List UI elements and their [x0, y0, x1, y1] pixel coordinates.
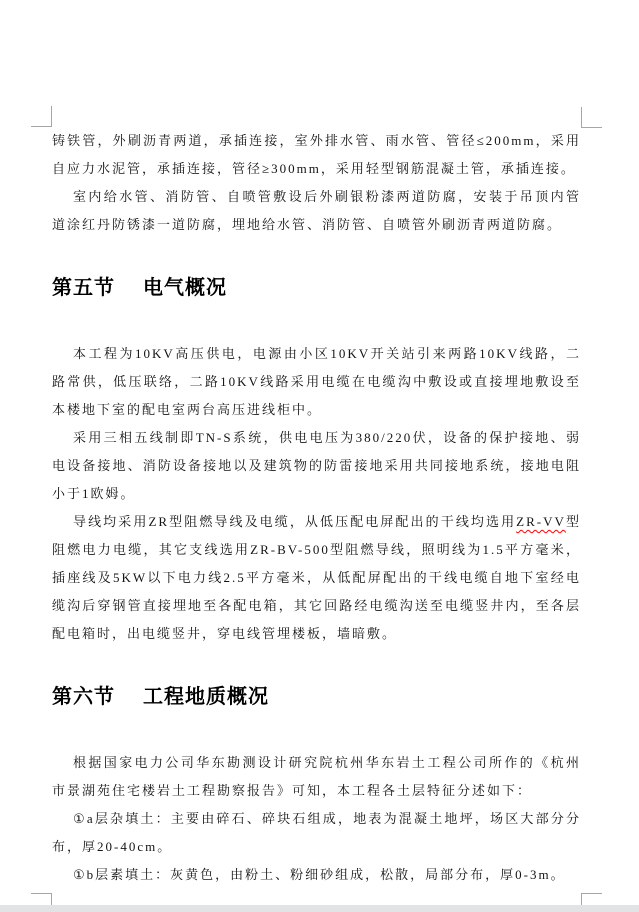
wiring-text-after: 型阻燃电力电缆，其它支线选用ZR-BV-500型阻燃导线，照明线为1.5平方毫米…: [52, 514, 581, 641]
section6-number: 第六节: [52, 686, 115, 708]
paragraph-grounding-system[interactable]: 采用三相五线制即TN-S系统，供电电压为380/220伏，设备的保护接地、弱电设…: [52, 424, 581, 508]
paragraph-indoor-pipes-anticorrosion[interactable]: 室内给水管、消防管、自喷管敷设后外刷银粉漆两道防腐，安装于吊顶内管道涂红丹防锈漆…: [52, 183, 581, 239]
section6-title: 工程地质概况: [143, 686, 269, 708]
wiring-text-before: 导线均采用ZR型阻燃导线及电缆，从低压配电屏配出的干线均选用: [73, 514, 516, 529]
spellcheck-flagged-text: ZR-VV: [516, 514, 566, 529]
word-document-page: 铸铁管，外刷沥青两道，承插连接，室外排水管、雨水管、管径≤200mm，采用自应力…: [0, 0, 639, 912]
margin-mark-top-left: [31, 106, 52, 127]
window-bottom-strip: [0, 905, 639, 912]
paragraph-survey-report[interactable]: 根据国家电力公司华东勘测设计研究院杭州华东岩土工程公司所作的《杭州市景湖苑住宅楼…: [52, 749, 581, 805]
paragraph-soil-layer-1b[interactable]: ①b层素填土：灰黄色，由粉土、粉细砂组成，松散，局部分布，厚0-3m。: [52, 861, 581, 889]
section5-heading[interactable]: 第五节电气概况: [52, 275, 581, 301]
margin-mark-top-right: [581, 107, 602, 128]
document-text-area[interactable]: 铸铁管，外刷沥青两道，承插连接，室外排水管、雨水管、管径≤200mm，采用自应力…: [52, 127, 581, 889]
section6-heading[interactable]: 第六节工程地质概况: [52, 684, 581, 710]
paragraph-soil-layer-1a[interactable]: ①a层杂填土：主要由碎石、碎块石组成，地表为混凝土地坪，场区大部分分布，厚20-…: [52, 805, 581, 861]
paragraph-power-supply[interactable]: 本工程为10KV高压供电，电源由小区10KV开关站引来两路10KV线路，二路常供…: [52, 340, 581, 424]
section5-number: 第五节: [52, 277, 115, 299]
paragraph-pipe-materials-continuation[interactable]: 铸铁管，外刷沥青两道，承插连接，室外排水管、雨水管、管径≤200mm，采用自应力…: [52, 127, 581, 183]
section5-title: 电气概况: [143, 277, 227, 299]
paragraph-wiring-cables[interactable]: 导线均采用ZR型阻燃导线及电缆，从低压配电屏配出的干线均选用ZR-VV型阻燃电力…: [52, 508, 581, 648]
